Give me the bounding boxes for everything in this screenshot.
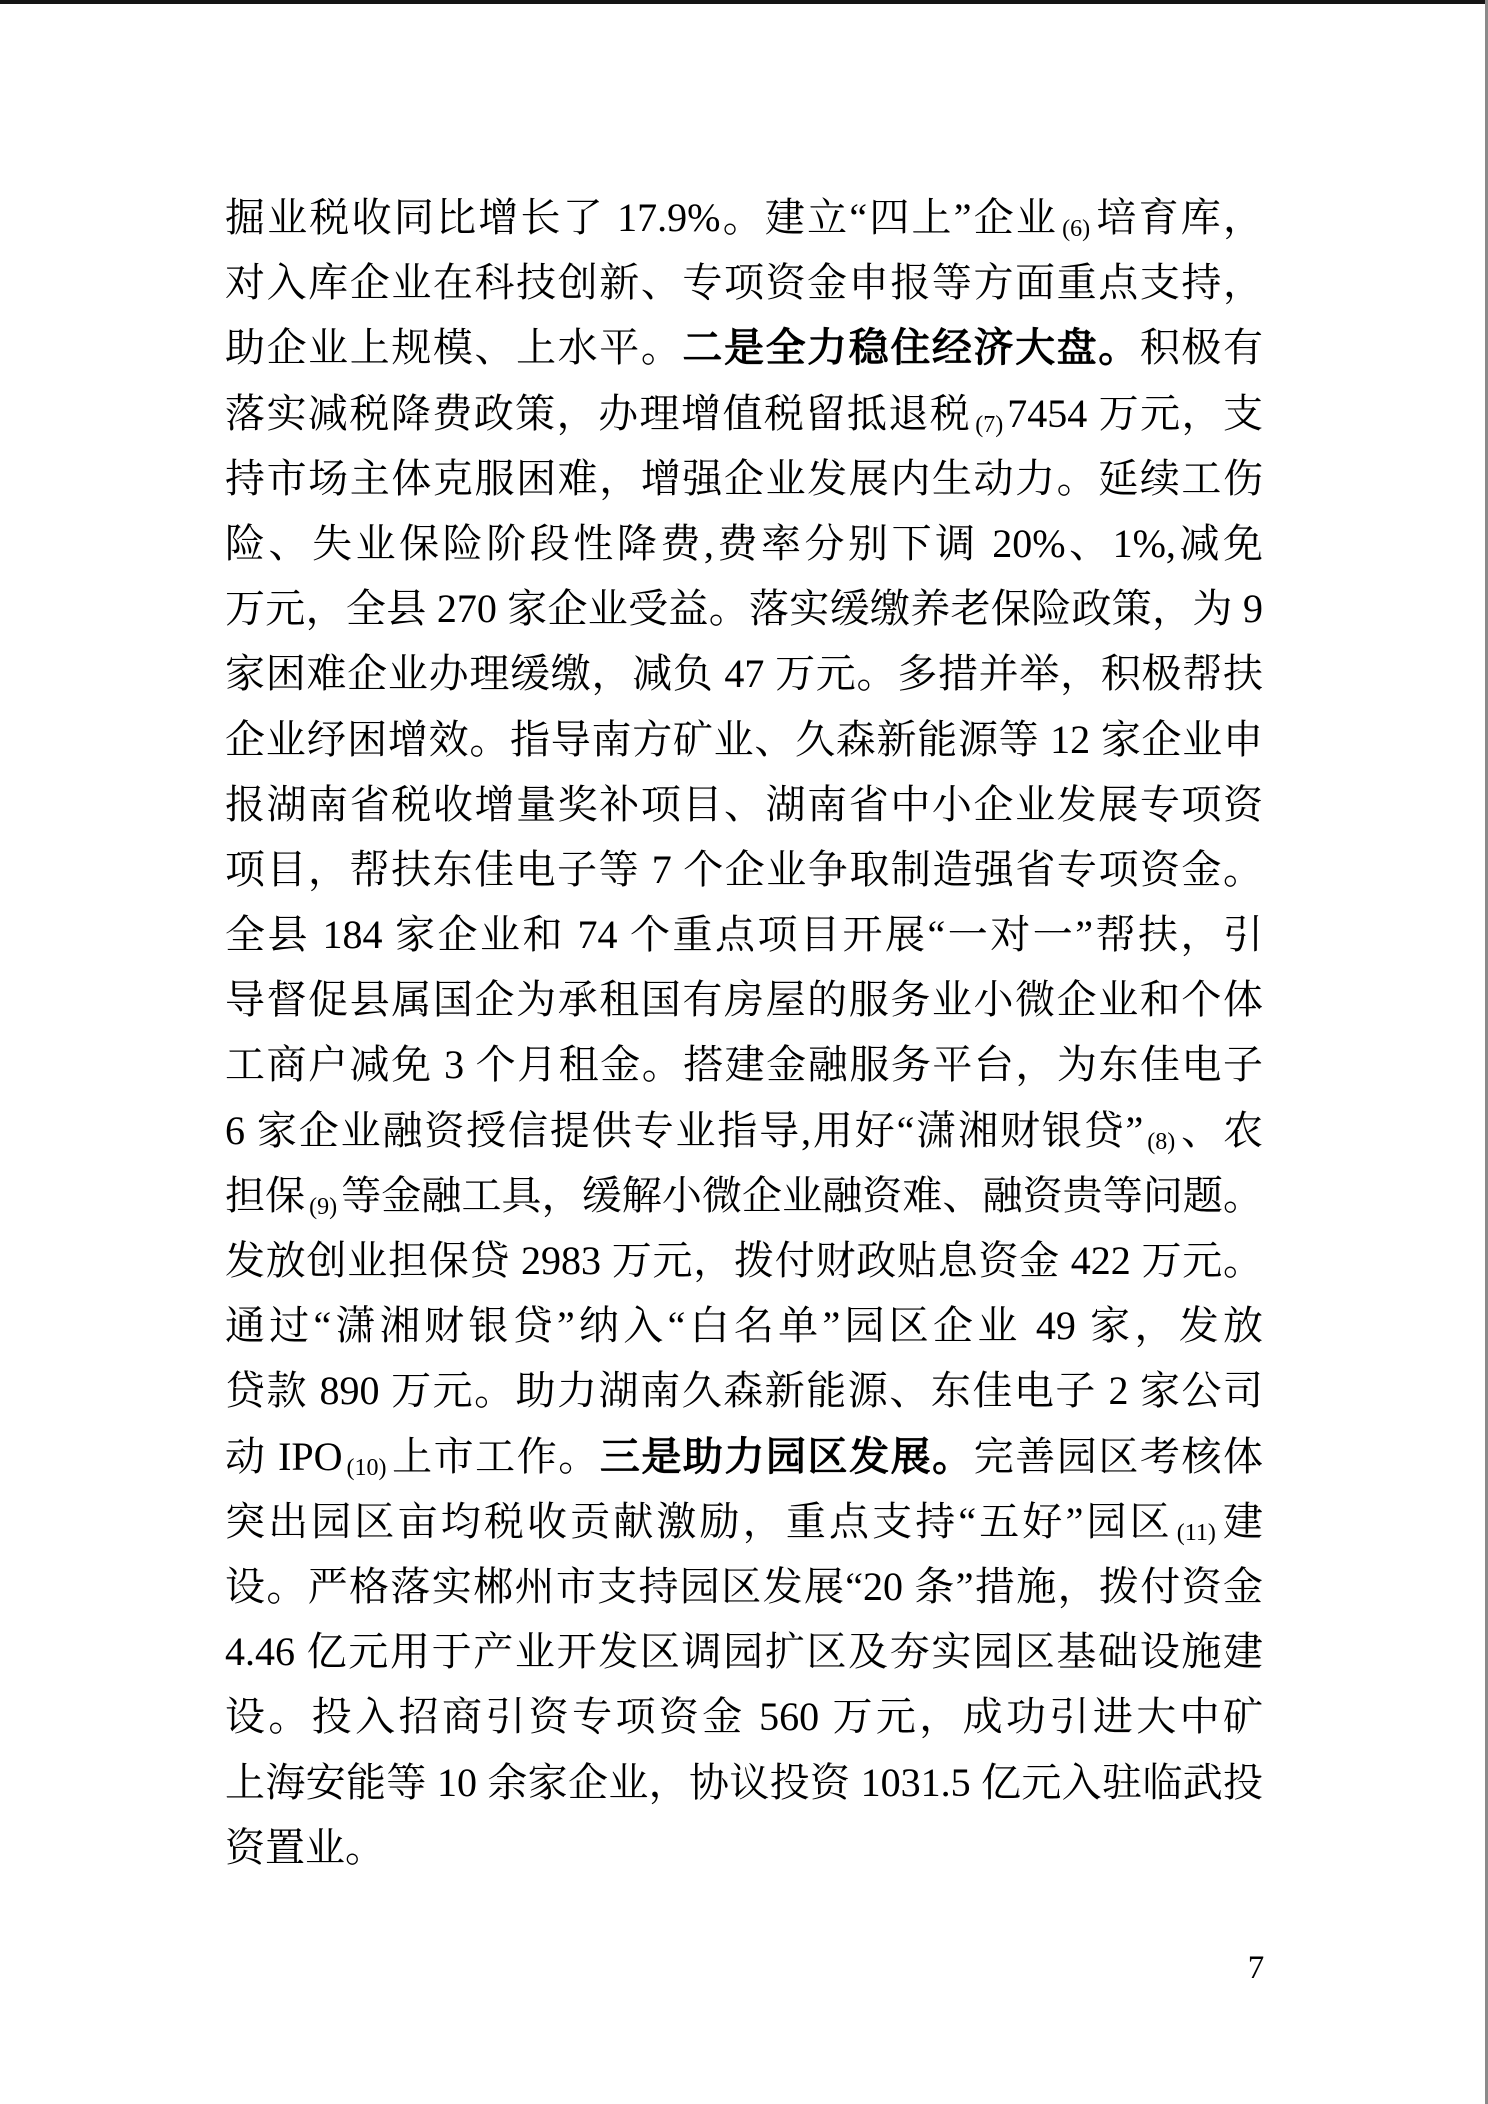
text-run: 、农 (1179, 1108, 1263, 1153)
text-run: 培育库， (1094, 195, 1263, 240)
text-line: 助企业上规模、上水平。二是全力稳住经济大盘。积极有效 (225, 315, 1263, 380)
text-line: 万元，全县 270 家企业受益。落实缓缴养老保险政策，为 9 (225, 576, 1263, 641)
text-run: 万元，全县 270 家企业受益。落实缓缴养老保险政策，为 9 (225, 586, 1263, 631)
footnote-marker: (10) (343, 1455, 391, 1481)
text-line: 发放创业担保贷 2983 万元，拨付财政贴息资金 422 万元。 (225, 1228, 1263, 1293)
text-line: 报湖南省税收增量奖补项目、湖南省中小企业发展专项资金 (225, 772, 1263, 837)
text-line: 担保(9)等金融工具，缓解小微企业融资难、融资贵等问题。 (225, 1163, 1263, 1228)
text-line: 工商户减免 3 个月租金。搭建金融服务平台，为东佳电子等 (225, 1032, 1263, 1097)
text-run: 报湖南省税收增量奖补项目、湖南省中小企业发展专项资金 (225, 782, 1263, 837)
footnote-marker: (11) (1173, 1520, 1220, 1546)
text-run: 全县 184 家企业和 74 个重点项目开展“一对一”帮扶，引 (225, 912, 1263, 957)
page-number: 7 (1236, 1946, 1276, 1990)
footnote-marker: (6) (1058, 216, 1094, 242)
text-line: 导督促县属国企为承租国有房屋的服务业小微企业和个体 (225, 967, 1263, 1032)
text-line: 掘业税收同比增长了 17.9%。建立“四上”企业(6)培育库， (225, 185, 1263, 250)
text-line: 上海安能等 10 余家企业，协议投资 1031.5 亿元入驻临武投 (225, 1750, 1263, 1815)
text-run: 通过“潇湘财银贷”纳入“白名单”园区企业 49 家，发放 (225, 1303, 1263, 1348)
text-run: 项目，帮扶东佳电子等 7 个企业争取制造强省专项资金。对 (225, 847, 1263, 902)
text-line: 全县 184 家企业和 74 个重点项目开展“一对一”帮扶，引 (225, 902, 1263, 967)
text-run: 动 IPO (225, 1434, 343, 1479)
footnote-marker: (9) (305, 1194, 341, 1220)
text-line: 项目，帮扶东佳电子等 7 个企业争取制造强省专项资金。对 (225, 837, 1263, 902)
text-run: 掘业税收同比增长了 17.9%。建立“四上”企业 (225, 195, 1058, 240)
footnote-marker: (8) (1143, 1129, 1179, 1155)
text-run: 突出园区亩均税收贡献激励，重点支持“五好”园区 (225, 1499, 1173, 1544)
text-run: 上市工作。 (391, 1434, 600, 1479)
text-line: 险、失业保险阶段性降费,费率分别下调 20%、1%,减免 693.2 (225, 511, 1263, 576)
text-line: 4.46 亿元用于产业开发区调园扩区及夯实园区基础设施建 (225, 1619, 1263, 1684)
text-line: 资置业。 (225, 1815, 1263, 1880)
text-line: 贷款 890 万元。助力湖南久森新能源、东佳电子 2 家公司启 (225, 1358, 1263, 1423)
text-line: 持市场主体克服困难，增强企业发展内生动力。延续工伤保 (225, 446, 1263, 511)
text-line: 动 IPO(10)上市工作。三是助力园区发展。完善园区考核体系， (225, 1424, 1263, 1489)
text-run: 导督促县属国企为承租国有房屋的服务业小微企业和个体 (225, 977, 1263, 1022)
document-page: 掘业税收同比增长了 17.9%。建立“四上”企业(6)培育库，对入库企业在科技创… (0, 0, 1488, 2104)
text-run: 贷款 890 万元。助力湖南久森新能源、东佳电子 2 家公司启 (225, 1368, 1263, 1423)
bold-heading: 三是助力园区发展。 (600, 1435, 974, 1479)
text-run: 设。投入招商引资专项资金 560 万元，成功引进大中矿业、 (225, 1694, 1263, 1749)
bold-heading: 二是全力稳住经济大盘。 (682, 326, 1139, 370)
text-line: 6 家企业融资授信提供专业指导,用好“潇湘财银贷”(8)、农 (225, 1098, 1263, 1163)
text-run: 6 家企业融资授信提供专业指导,用好“潇湘财银贷” (225, 1108, 1143, 1153)
text-run: 7454 万元，支 (1007, 391, 1263, 436)
text-line: 突出园区亩均税收贡献激励，重点支持“五好”园区(11)建 (225, 1489, 1263, 1554)
text-run: 4.46 亿元用于产业开发区调园扩区及夯实园区基础设施建 (225, 1629, 1263, 1674)
text-run: 发放创业担保贷 2983 万元，拨付财政贴息资金 422 万元。 (225, 1238, 1263, 1283)
text-run: 担保 (225, 1173, 305, 1218)
text-line: 设。严格落实郴州市支持园区发展“20 条”措施，拨付资金 (225, 1554, 1263, 1619)
text-run: 持市场主体克服困难，增强企业发展内生动力。延续工伤保 (225, 456, 1263, 511)
text-run: 险、失业保险阶段性降费,费率分别下调 20%、1%,减免 693.2 (225, 521, 1263, 576)
text-run: 等金融工具，缓解小微企业融资难、融资贵等问题。 (341, 1173, 1263, 1218)
text-line: 落实减税降费政策，办理增值税留抵退税(7)7454 万元，支 (225, 381, 1263, 446)
text-run: 工商户减免 3 个月租金。搭建金融服务平台，为东佳电子等 (225, 1042, 1263, 1097)
text-run: 建 (1220, 1499, 1263, 1544)
text-run: 上海安能等 10 余家企业，协议投资 1031.5 亿元入驻临武投 (225, 1760, 1263, 1805)
text-run: 资置业。 (225, 1825, 385, 1870)
text-run: 设。严格落实郴州市支持园区发展“20 条”措施，拨付资金 (225, 1564, 1263, 1609)
paragraph-text: 掘业税收同比增长了 17.9%。建立“四上”企业(6)培育库，对入库企业在科技创… (225, 185, 1263, 1880)
text-run: 助企业上规模、上水平。 (225, 325, 682, 370)
text-run: 对入库企业在科技创新、专项资金申报等方面重点支持，帮 (225, 260, 1263, 315)
text-line: 设。投入招商引资专项资金 560 万元，成功引进大中矿业、 (225, 1684, 1263, 1749)
text-run: 企业纾困增效。指导南方矿业、久森新能源等 12 家企业申 (225, 717, 1263, 762)
text-line: 对入库企业在科技创新、专项资金申报等方面重点支持，帮 (225, 250, 1263, 315)
footnote-marker: (7) (971, 412, 1007, 438)
text-line: 企业纾困增效。指导南方矿业、久森新能源等 12 家企业申 (225, 707, 1263, 772)
page-top-edge (0, 0, 1488, 4)
text-run: 落实减税降费政策，办理增值税留抵退税 (225, 391, 971, 436)
text-run: 家困难企业办理缓缴，减负 47 万元。多措并举，积极帮扶 (225, 651, 1263, 696)
text-line: 通过“潇湘财银贷”纳入“白名单”园区企业 49 家，发放 (225, 1293, 1263, 1358)
text-line: 家困难企业办理缓缴，减负 47 万元。多措并举，积极帮扶 (225, 641, 1263, 706)
